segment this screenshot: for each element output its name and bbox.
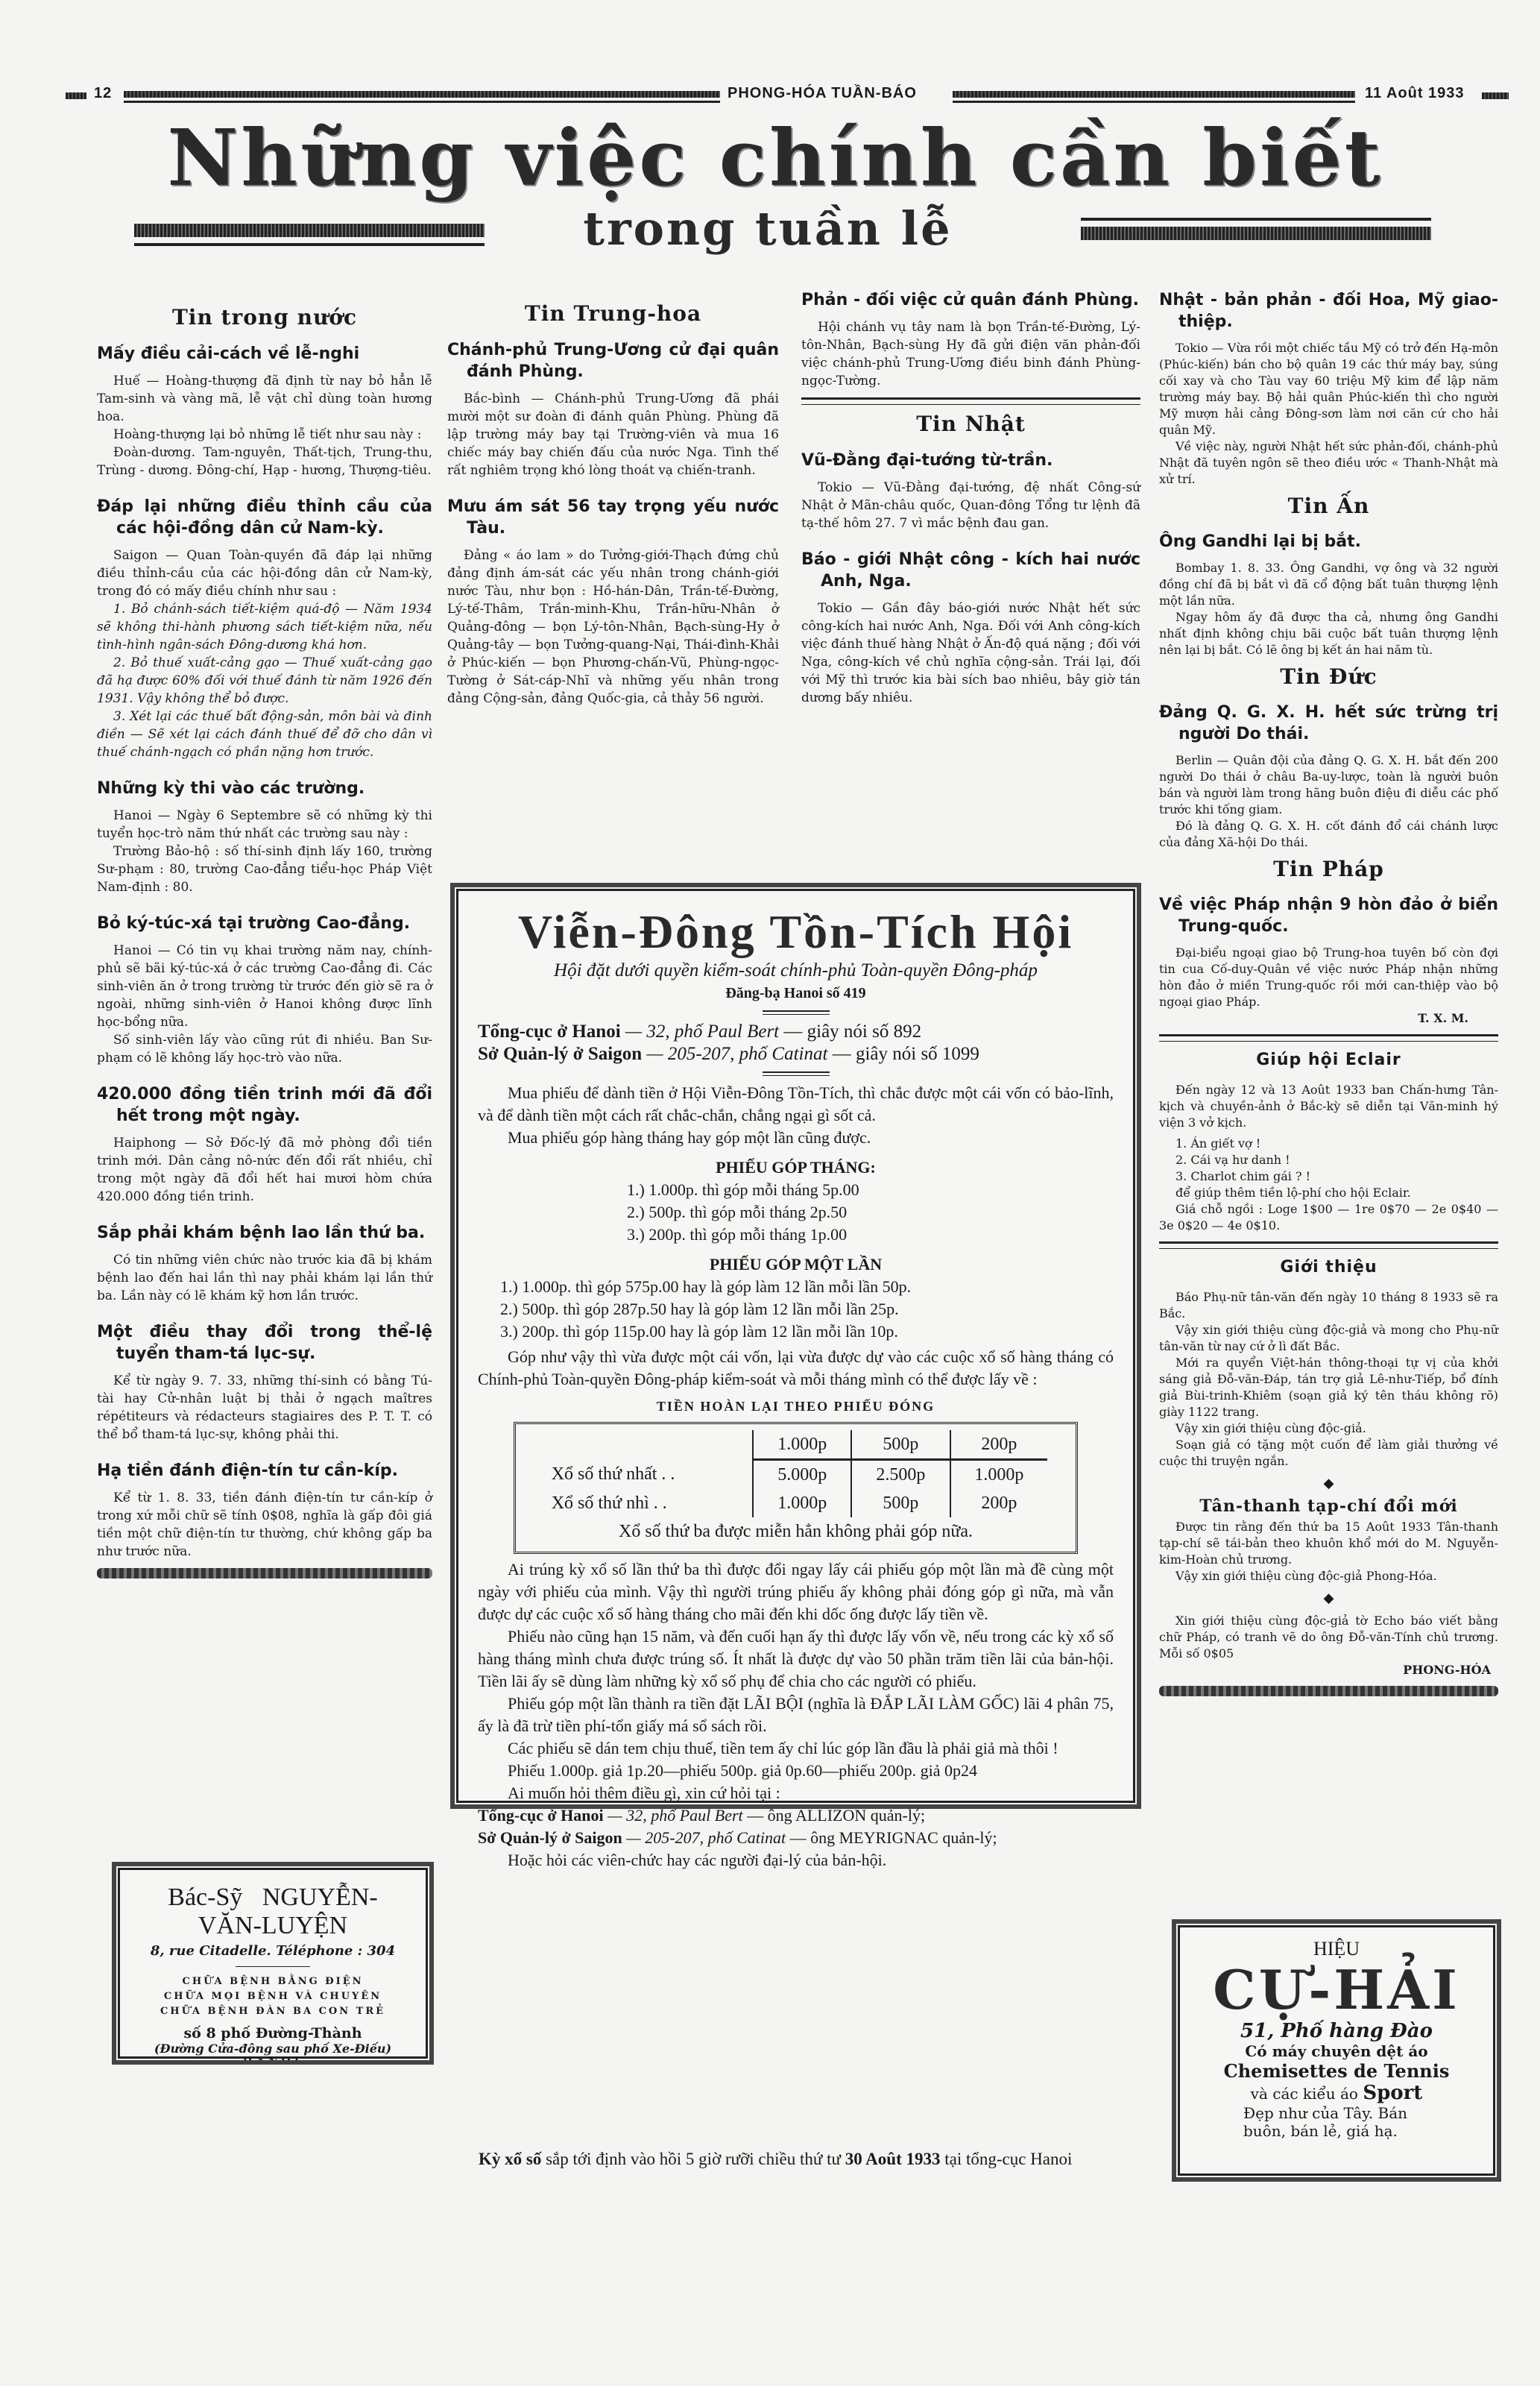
eclair-purpose: để giúp thêm tiền lộ-phí cho hội Eclair. xyxy=(1159,1185,1498,1201)
once-option: 2.) 500p. thì góp 287p.50 hay là góp làm… xyxy=(500,1298,1114,1321)
ad-text: Phiếu nào cũng hạn 15 năm, và đến cuối h… xyxy=(478,1625,1114,1693)
ad-doctor-street: số 8 phố Đường-Thành xyxy=(139,2025,406,2042)
table-cell: 200p xyxy=(950,1489,1048,1517)
office-address: — 205-207, phố Catinat xyxy=(646,1044,827,1064)
ad-viendong-office: Tổng-cục ở Hanoi — 32, phố Paul Bert — g… xyxy=(478,1021,1114,1043)
article-heading: Đáp lại những điều thỉnh cầu của các hội… xyxy=(97,496,432,539)
section-title: Tin Ấn xyxy=(1159,498,1498,514)
once-option: 3.) 200p. thì góp 115p.00 hay là góp làm… xyxy=(500,1321,1114,1343)
ad-viendong-title: Viễn-Đông Tồn-Tích Hội xyxy=(478,904,1114,960)
article-text: Tokio — Vũ-Đằng đại-tướng, đệ nhất Công-… xyxy=(801,479,1140,532)
article-text: Trường Bảo-hộ : số thí-sinh định lấy 160… xyxy=(97,843,432,896)
article-text: Có tin những viên chức nào trước kia đã … xyxy=(97,1251,432,1305)
article-text: Saigon — Quan Toàn-quyền đã đáp lại nhữn… xyxy=(97,547,432,600)
ad-viendong-subtitle: Hội đặt dưới quyền kiểm-soát chính-phủ T… xyxy=(478,960,1114,982)
article-heading: Sắp phải khám bệnh lao lần thứ ba. xyxy=(97,1222,432,1244)
ad-cuhai-sport: Sport xyxy=(1363,2082,1422,2104)
contact-manager: — ông ALLIZON quản-lý; xyxy=(747,1806,925,1825)
ad-viendong-office: Sở Quản-lý ở Saigon — 205-207, phố Catin… xyxy=(478,1043,1114,1065)
article-text: Ngay hôm ấy đã được tha cả, nhưng ông Ga… xyxy=(1159,609,1498,658)
article-text: Số sinh-viên lấy vào cũng rút đi nhiều. … xyxy=(97,1031,432,1067)
column-japan-news: Phản - đối việc cử quân đánh Phùng. Hội … xyxy=(801,289,1140,707)
wavy-divider xyxy=(97,1568,432,1578)
ad-text: Hoặc hỏi các viên-chức hay các người đại… xyxy=(478,1849,1114,1872)
contact-label: Tổng-cục ở Hanoi xyxy=(478,1806,604,1825)
article-heading: Nhật - bản phản - đối Hoa, Mỹ giao-thiệp… xyxy=(1159,289,1498,333)
ad-doctor-address: 8, rue Citadelle. Téléphone : 304 xyxy=(139,1943,406,1959)
section-title: Tin Đức xyxy=(1159,669,1498,685)
refund-table-frame: 1.000p 500p 200p Xổ số thứ nhất . . 5.00… xyxy=(514,1422,1078,1554)
divider xyxy=(1159,1034,1498,1042)
ornament-icon: ◆ xyxy=(1159,1476,1498,1492)
intro-text: Được tin rằng đến thứ ba 15 Août 1933 Tâ… xyxy=(1159,1519,1498,1568)
eclair-title: Giúp hội Eclair xyxy=(1159,1052,1498,1068)
article-heading: Về việc Pháp nhận 9 hòn đảo ở biển Trung… xyxy=(1159,894,1498,937)
table-cell: Xổ số thứ nhất . . xyxy=(544,1460,753,1490)
contact-line: Sở Quản-lý ở Saigon — 205-207, phố Catin… xyxy=(478,1827,1114,1849)
tan-thanh-title: Tân-thanh tạp-chí đổi mới xyxy=(1159,1498,1498,1514)
office-address: — 32, phố Paul Bert xyxy=(625,1022,779,1042)
intro-text: Vậy xin giới thiệu cùng độc-giả Phong-Hó… xyxy=(1159,1568,1498,1584)
table-row: Xổ số thứ nhì . . 1.000p 500p 200p xyxy=(544,1489,1048,1517)
signature: T. X. M. xyxy=(1159,1010,1498,1027)
section-title: Tin Nhật xyxy=(801,415,1140,433)
article-heading: Chánh-phủ Trung-Ương cử đại quân đánh Ph… xyxy=(447,339,779,383)
ad-doctor-street-note: (Đường Cửa-đông sau phố Xe-Điếu) xyxy=(139,2042,406,2056)
ad-cuhai-box: HIỆU CỰ-HẢI 51, Phố hàng Đào Có máy chuy… xyxy=(1178,1925,1495,2176)
article-text: 2. Bỏ thuế xuất-cảng gạo — Thuế xuất-cản… xyxy=(97,654,432,708)
article-text: Berlin — Quân đội của đảng Q. G. X. H. b… xyxy=(1159,752,1498,818)
article-text: Về việc này, người Nhật hết sức phản-đối… xyxy=(1159,438,1498,488)
article-text: Hội chánh vụ tây nam là bọn Trần-tế-Đườn… xyxy=(801,318,1140,390)
ad-text: Góp như vậy thì vừa được một cái vốn, lạ… xyxy=(478,1346,1114,1391)
ad-text: Ai muốn hỏi thêm điều gì, xin cứ hỏi tại… xyxy=(478,1782,1114,1804)
article-text: Haiphong — Sở Đốc-lý đã mở phòng đổi tiề… xyxy=(97,1134,432,1206)
table-cell: 2.500p xyxy=(851,1460,950,1490)
echo-text: Xin giới thiệu cùng độc-giả tờ Echo báo … xyxy=(1159,1613,1498,1662)
article-text: Hanoi — Ngày 6 Septembre sẽ có những kỳ … xyxy=(97,807,432,843)
table-footer: Xổ số thứ ba được miễn hẳn không phải gó… xyxy=(544,1517,1048,1546)
ad-cuhai-line: Chemisettes de Tennis xyxy=(1195,2060,1478,2082)
table-cell: 1.000p xyxy=(950,1460,1048,1490)
lottery-notice: Kỳ xổ số sắp tới định vào hồi 5 giờ rưỡi… xyxy=(456,2147,1142,2171)
ad-doctor-title: Bác-Sỹ xyxy=(168,1883,242,1911)
ad-doctor-city: HANOI xyxy=(139,2056,406,2068)
eclair-plays: 1. Án giết vợ ! 2. Cái vạ hư danh ! 3. C… xyxy=(1159,1136,1498,1185)
ad-viendong-registration: Đăng-bạ Hanoi số 419 xyxy=(478,982,1114,1004)
column-world-news: Nhật - bản phản - đối Hoa, Mỹ giao-thiệp… xyxy=(1159,289,1498,1704)
article-text: Đoàn-dương. Tam-nguyên, Thất-tịch, Trung… xyxy=(97,444,432,479)
ad-cuhai-text: và các kiểu áo xyxy=(1251,2085,1358,2103)
divider xyxy=(1159,1241,1498,1249)
table-row: Xổ số thứ nhất . . 5.000p 2.500p 1.000p xyxy=(544,1460,1048,1490)
article-heading: Báo - giới Nhật công - kích hai nước Anh… xyxy=(801,549,1140,592)
ad-cuhai-label: HIỆU xyxy=(1195,1938,1478,1960)
monthly-option: 3.) 200p. thì góp mỗi tháng 1p.00 xyxy=(627,1224,1114,1246)
ornament-icon: ◆ xyxy=(1159,1590,1498,1607)
table-header: 1.000p xyxy=(753,1430,851,1460)
article-text: 3. Xét lại các thuế bất động-sản, môn bà… xyxy=(97,708,432,761)
ad-viendong-box: Viễn-Đông Tồn-Tích Hội Hội đặt dưới quyề… xyxy=(456,889,1135,1803)
table-header: 500p xyxy=(851,1430,950,1460)
divider xyxy=(763,1010,830,1015)
ad-text: Phiếu góp một lần thành ra tiền đặt LÃI … xyxy=(478,1693,1114,1737)
article-text: Kể từ 1. 8. 33, tiền đánh điện-tín tư cầ… xyxy=(97,1489,432,1561)
table-cell: 5.000p xyxy=(753,1460,851,1490)
page-subtitle-row: trong tuần lễ xyxy=(134,201,1431,261)
office-phone: — giây nói số 1099 xyxy=(833,1044,979,1064)
contact-address: — 32, phố Paul Bert xyxy=(608,1806,743,1825)
signature: PHONG-HÓA xyxy=(1159,1662,1498,1678)
article-heading: Một điều thay đổi trong thể-lệ tuyển tha… xyxy=(97,1321,432,1364)
ad-doctor-service: CHỮA BỆNH BẰNG ĐIỆN xyxy=(139,1974,406,1989)
decorative-bar xyxy=(134,224,485,237)
article-text: Huế — Hoàng-thượng đã định từ nay bỏ hẳn… xyxy=(97,372,432,426)
refund-table: 1.000p 500p 200p Xổ số thứ nhất . . 5.00… xyxy=(544,1430,1048,1546)
wavy-divider xyxy=(1159,1686,1498,1696)
column-china-news: Tin Trung-hoa Chánh-phủ Trung-Ương cử đạ… xyxy=(447,295,779,708)
decorative-bar xyxy=(1081,218,1431,221)
issue-date: 11 Août 1933 xyxy=(1359,85,1471,102)
intro-text: Vậy xin giới thiệu cùng độc-giả. xyxy=(1159,1420,1498,1437)
article-text: Kể từ ngày 9. 7. 33, những thí-sinh có b… xyxy=(97,1372,432,1444)
table-header: 200p xyxy=(950,1430,1048,1460)
office-label: Sở Quản-lý ở Saigon xyxy=(478,1044,642,1064)
eclair-play: 3. Charlot chim gái ? ! xyxy=(1175,1168,1498,1185)
article-heading: Đảng Q. G. X. H. hết sức trừng trị người… xyxy=(1159,702,1498,745)
page-title: Những việc chính cần biết xyxy=(134,112,1416,204)
divider xyxy=(763,1071,830,1076)
article-text: Hoàng-thượng lại bỏ những lễ tiết như sa… xyxy=(97,426,432,444)
page-subtitle: trong tuần lễ xyxy=(567,201,969,256)
table-cell: 1.000p xyxy=(753,1489,851,1517)
article-heading: Hạ tiền đánh điện-tín tư cần-kíp. xyxy=(97,1460,432,1482)
eclair-play: 1. Án giết vợ ! xyxy=(1175,1136,1498,1152)
article-heading: 420.000 đồng tiền trinh mới đã đổi hết t… xyxy=(97,1083,432,1127)
office-phone: — giây nói số 892 xyxy=(783,1022,921,1042)
page-header: 12 PHONG-HÓA TUẦN-BÁO 11 Août 1933 xyxy=(66,89,1510,106)
article-text: 1. Bỏ chánh-sách tiết-kiệm quá-độ — Năm … xyxy=(97,600,432,654)
article-text: Đó là đảng Q. G. X. H. cốt đánh đổ cái c… xyxy=(1159,818,1498,851)
ad-text: Ai trúng kỳ xổ số lần thứ ba thì được đổ… xyxy=(478,1558,1114,1625)
article-text: Bombay 1. 8. 33. Ông Gandhi, vợ ông và 3… xyxy=(1159,560,1498,609)
ad-doctor-service: CHỮA BỆNH ĐÀN BA CON TRẺ xyxy=(139,2004,406,2019)
table-cell: Xổ số thứ nhì . . xyxy=(544,1489,753,1517)
monthly-option: 2.) 500p. thì góp mỗi tháng 2p.50 xyxy=(627,1201,1114,1224)
article-text: Hanoi — Có tin vụ khai trường năm nay, c… xyxy=(97,942,432,1031)
decorative-bar xyxy=(1081,227,1431,240)
contact-manager: — ông MEYRIGNAC quản-lý; xyxy=(790,1828,997,1847)
article-text: Đại-biểu ngoại giao bộ Trung-hoa tuyên b… xyxy=(1159,945,1498,1010)
lottery-notice-date: 30 Août 1933 xyxy=(845,2150,941,2168)
table-title: TIỀN HOÀN LẠI THEO PHIẾU ĐÓNG xyxy=(478,1395,1114,1417)
article-text: Tokio — Vừa rồi một chiếc tầu Mỹ có trở … xyxy=(1159,340,1498,438)
ad-text: Các phiếu sẽ dán tem chịu thuế, tiền tem… xyxy=(478,1737,1114,1760)
ad-cuhai-line: Đẹp như của Tây. Bán buôn, bán lẻ, giá h… xyxy=(1243,2104,1430,2140)
intro-text: Vậy xin giới thiệu cùng độc-giả và mong … xyxy=(1159,1322,1498,1355)
article-heading: Bỏ ký-túc-xá tại trường Cao-đẳng. xyxy=(97,913,432,934)
section-title: Tin Pháp xyxy=(1159,861,1498,878)
article-heading: Ông Gandhi lại bị bắt. xyxy=(1159,531,1498,553)
introductions-title: Giới thiệu xyxy=(1159,1259,1498,1276)
decorative-bar xyxy=(134,243,485,246)
lottery-notice-label: Kỳ xổ số xyxy=(479,2150,541,2168)
once-option: 1.) 1.000p. thì góp 575p.00 hay là góp l… xyxy=(500,1276,1114,1298)
article-text: Tokio — Gần đây báo-giới nước Nhật hết s… xyxy=(801,599,1140,707)
ad-text: Phiếu 1.000p. giả 1p.20—phiếu 500p. giả … xyxy=(478,1760,1114,1782)
publication-name: PHONG-HÓA TUẦN-BÁO xyxy=(722,85,923,102)
ad-cuhai-address: 51, Phố hàng Đào xyxy=(1195,2020,1478,2042)
eclair-intro: Đến ngày 12 và 13 Août 1933 ban Chấn-hưn… xyxy=(1159,1082,1498,1131)
article-heading: Những kỳ thi vào các trường. xyxy=(97,778,432,799)
table-header-row: 1.000p 500p 200p xyxy=(544,1430,1048,1460)
office-label: Tổng-cục ở Hanoi xyxy=(478,1022,621,1042)
intro-text: Soạn giả có tặng một cuốn để làm giải th… xyxy=(1159,1437,1498,1470)
intro-text: Mới ra quyển Việt-hán thông-thoại tự vị … xyxy=(1159,1355,1498,1420)
ad-cuhai-line: Có máy chuyên dệt áo xyxy=(1195,2042,1478,2060)
eclair-play: 2. Cái vạ hư danh ! xyxy=(1175,1152,1498,1168)
article-text: Bắc-bình — Chánh-phủ Trung-Ương đã phái … xyxy=(447,390,779,479)
ad-text: Mua phiếu để dành tiền ở Hội Viễn-Đông T… xyxy=(478,1082,1114,1127)
divider xyxy=(236,1966,310,1967)
monthly-option: 1.) 1.000p. thì góp mỗi tháng 5p.00 xyxy=(627,1179,1114,1201)
ad-text: Mua phiếu góp hàng tháng hay góp một lần… xyxy=(478,1127,1114,1149)
section-title: Tin trong nước xyxy=(97,309,432,327)
ad-cuhai-name: CỰ-HẢI xyxy=(1195,1960,1478,2020)
article-text: Đảng « áo lam » do Tưởng-giới-Thạch đứng… xyxy=(447,547,779,708)
article-heading: Vũ-Đằng đại-tướng từ-trần. xyxy=(801,450,1140,471)
ad-doctor-box: Bác-Sỹ NGUYỄN-VĂN-LUYỆN 8, rue Citadelle… xyxy=(118,1868,428,2059)
article-heading: Mưu ám sát 56 tay trọng yếu nước Tàu. xyxy=(447,496,779,539)
monthly-title: PHIẾU GÓP THÁNG: xyxy=(478,1156,1114,1179)
once-title: PHIẾU GÓP MỘT LẦN xyxy=(478,1253,1114,1276)
lottery-notice-text: sắp tới định vào hồi 5 giờ rưỡi chiều th… xyxy=(546,2150,841,2168)
ad-cuhai-line: và các kiểu áo Sport xyxy=(1195,2082,1478,2104)
contact-address: — 205-207, phố Catinat xyxy=(626,1828,786,1847)
section-title: Tin Trung-hoa xyxy=(447,305,779,323)
ad-doctor-heading: Bác-Sỹ NGUYỄN-VĂN-LUYỆN xyxy=(139,1883,406,1940)
page-number: 12 xyxy=(88,85,118,102)
eclair-prices: Giá chỗ ngồi : Loge 1$00 — 1re 0$70 — 2e… xyxy=(1159,1201,1498,1234)
contact-line: Tổng-cục ở Hanoi — 32, phố Paul Bert — ô… xyxy=(478,1804,1114,1827)
divider xyxy=(801,397,1140,405)
table-cell: 500p xyxy=(851,1489,950,1517)
article-heading: Phản - đối việc cử quân đánh Phùng. xyxy=(801,289,1140,311)
column-domestic-news: Tin trong nước Mấy điều cải-cách về lễ-n… xyxy=(97,298,432,1586)
ad-doctor-service: CHỮA MỌI BỆNH VÀ CHUYÊN xyxy=(139,1989,406,2004)
table-cell xyxy=(544,1430,753,1460)
intro-text: Báo Phụ-nữ tân-văn đến ngày 10 tháng 8 1… xyxy=(1159,1289,1498,1322)
article-heading: Mấy điều cải-cách về lễ-nghi xyxy=(97,343,432,365)
table-footer-row: Xổ số thứ ba được miễn hẳn không phải gó… xyxy=(544,1517,1048,1546)
contact-label: Sở Quản-lý ở Saigon xyxy=(478,1828,622,1847)
lottery-notice-location: tại tổng-cục Hanoi xyxy=(944,2150,1072,2168)
